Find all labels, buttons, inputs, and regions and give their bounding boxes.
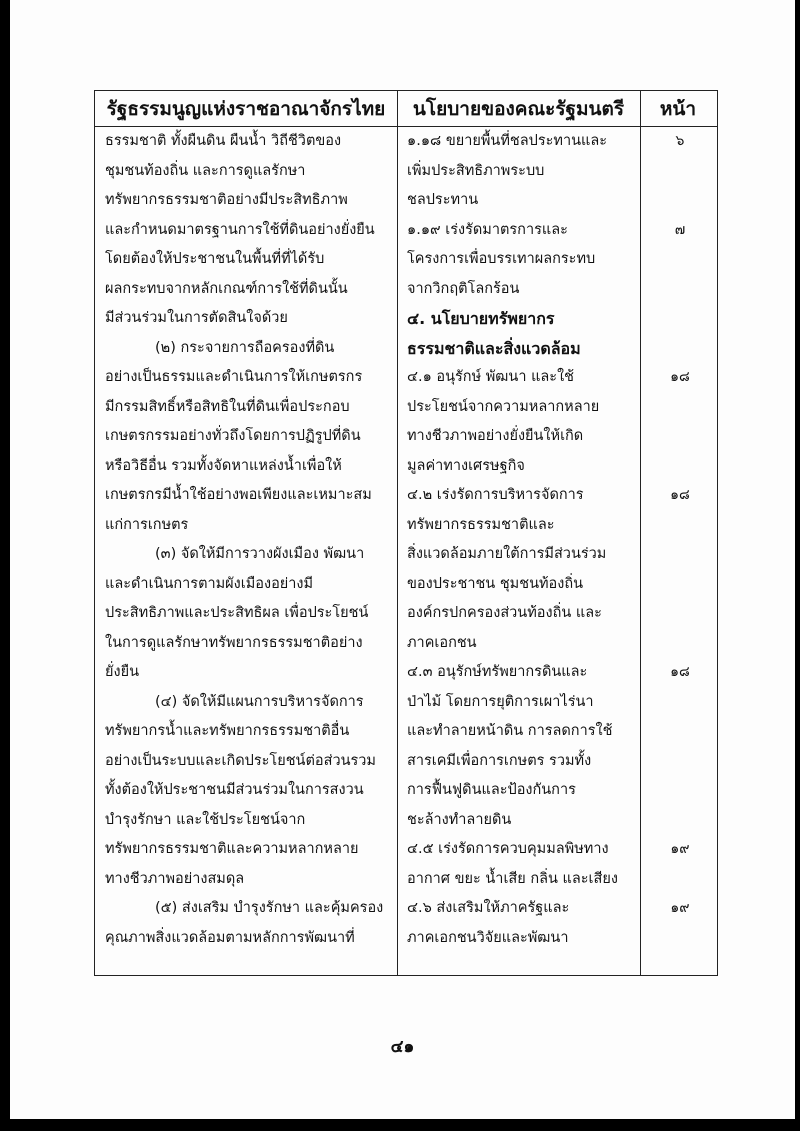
policy-line: ๑.๑๙ เร่งรัดมาตรการและ [407,216,639,246]
column-divider-2 [640,91,641,975]
policy-line: ประโยชน์จากความหลากหลาย [407,393,639,423]
constitution-line: บำรุงรักษา และใช้ประโยชน์จาก [105,806,395,836]
constitution-line: ทางชีวภาพอย่างสมดุล [105,865,395,895]
page-reference: ๑๘ [642,481,718,511]
policy-line: เพิ่มประสิทธิภาพระบบ [407,157,639,187]
constitution-line: โดยต้องให้ประชาชนในพื้นที่ที่ได้รับ [105,245,395,275]
policy-line: ๔.๓ อนุรักษ์ทรัพยากรดินและ [407,658,639,688]
policy-line: ๔.๒ เร่งรัดการบริหารจัดการ [407,481,639,511]
policy-line: ๔.๕ เร่งรัดการควบคุมมลพิษทาง [407,835,639,865]
constitution-line: ทรัพยากรน้ำและทรัพยากรธรรมชาติอื่น [105,717,395,747]
constitution-line: เกษตรกรมีน้ำใช้อย่างพอเพียงและเหมาะสม [105,481,395,511]
constitution-line: ทั้งต้องให้ประชาชนมีส่วนร่วมในการสงวน [105,776,395,806]
constitution-line: ทรัพยากรธรรมชาติอย่างมีประสิทธิภาพ [105,186,395,216]
policy-line: ทางชีวภาพอย่างยั่งยืนให้เกิด [407,422,639,452]
policy-line: องค์กรปกครองส่วนท้องถิ่น และ [407,599,639,629]
constitution-line: คุณภาพสิ่งแวดล้อมตามหลักการพัฒนาที่ [105,924,395,954]
constitution-column: ธรรมชาติ ทั้งผืนดิน ผืนน้ำ วิถีชีวิตของช… [105,127,395,975]
policy-line: การฟื้นฟูดินและป้องกันการ [407,776,639,806]
policy-line: อากาศ ขยะ น้ำเสีย กลิ่น และเสียง [407,865,639,895]
policy-line: โครงการเพื่อบรรเทาผลกระทบ [407,245,639,275]
policy-line: มูลค่าทางเศรษฐกิจ [407,452,639,482]
policy-line: สารเคมีเพื่อการเกษตร รวมทั้ง [407,747,639,777]
page-reference: ๑๘ [642,363,718,393]
header-policy: นโยบายของคณะรัฐมนตรี [397,91,640,126]
constitution-line: มีกรรมสิทธิ์หรือสิทธิในที่ดินเพื่อประกอบ [105,393,395,423]
page-column: ๖๗๑๘๑๘๑๘๑๙๑๙ [642,127,718,975]
constitution-line: (๔) จัดให้มีแผนการบริหารจัดการ [105,688,395,718]
constitution-line: ในการดูแลรักษาทรัพยากรธรรมชาติอย่าง [105,629,395,659]
constitution-line: (๒) กระจายการถือครองที่ดิน [105,334,395,364]
constitution-line: อย่างเป็นระบบและเกิดประโยชน์ต่อส่วนรวม [105,747,395,777]
header-page: หน้า [640,91,716,126]
table-header: รัฐธรรมนูญแห่งราชอาณาจักรไทย นโยบายของคณ… [95,91,717,127]
page-reference: ๑๙ [642,894,718,924]
policy-line: ของประชาชน ชุมชนท้องถิ่น [407,570,639,600]
constitution-line: และดำเนินการตามผังเมืองอย่างมี [105,570,395,600]
constitution-line: แก่การเกษตร [105,511,395,541]
constitution-line: ชุมชนท้องถิ่น และการดูแลรักษา [105,157,395,187]
constitution-line: ยั่งยืน [105,658,395,688]
policy-line: ภาคเอกชน [407,629,639,659]
policy-line: ภาคเอกชนวิจัยและพัฒนา [407,924,639,954]
page-reference: ๑๙ [642,835,718,865]
policy-line: และทำลายหน้าดิน การลดการใช้ [407,717,639,747]
policy-line: จากวิกฤติโลกร้อน [407,275,639,305]
policy-line: ชลประทาน [407,186,639,216]
document-page: รัฐธรรมนูญแห่งราชอาณาจักรไทย นโยบายของคณ… [10,0,795,1119]
page-reference: ๑๘ [642,658,718,688]
constitution-line: ธรรมชาติ ทั้งผืนดิน ผืนน้ำ วิถีชีวิตของ [105,127,395,157]
constitution-line: (๕) ส่งเสริม บำรุงรักษา และคุ้มครอง [105,894,395,924]
column-divider-1 [397,91,398,975]
policy-line: ทรัพยากรธรรมชาติและ [407,511,639,541]
policy-column: ๑.๑๘ ขยายพื้นที่ชลประทานและเพิ่มประสิทธิ… [407,127,639,975]
policy-line: ๔.๑ อนุรักษ์ พัฒนา และใช้ [407,363,639,393]
constitution-line: และกำหนดมาตรฐานการใช้ที่ดินอย่างยั่งยืน [105,216,395,246]
constitution-line: ผลกระทบจากหลักเกณฑ์การใช้ที่ดินนั้น [105,275,395,305]
constitution-line: มีส่วนร่วมในการตัดสินใจด้วย [105,304,395,334]
page-number-footer: ๔๑ [10,1033,795,1060]
policy-line: ๑.๑๘ ขยายพื้นที่ชลประทานและ [407,127,639,157]
constitution-line: ทรัพยากรธรรมชาติและความหลากหลาย [105,835,395,865]
constitution-line: (๓) จัดให้มีการวางผังเมือง พัฒนา [105,540,395,570]
policy-section-heading: ธรรมชาติและสิ่งแวดล้อม [407,334,639,364]
constitution-line: อย่างเป็นธรรมและดำเนินการให้เกษตรกร [105,363,395,393]
policy-line: ชะล้างทำลายดิน [407,806,639,836]
policy-line: ๔.๖ ส่งเสริมให้ภาครัฐและ [407,894,639,924]
constitution-line: ประสิทธิภาพและประสิทธิผล เพื่อประโยชน์ [105,599,395,629]
page-reference: ๗ [642,216,718,246]
policy-line: ป่าไม้ โดยการยุติการเผาไร่นา [407,688,639,718]
constitution-line: เกษตรกรรมอย่างทั่วถึงโดยการปฏิรูปที่ดิน [105,422,395,452]
page-reference: ๖ [642,127,718,157]
constitution-line: หรือวิธีอื่น รวมทั้งจัดหาแหล่งน้ำเพื่อให… [105,452,395,482]
policy-line: สิ่งแวดล้อมภายใต้การมีส่วนร่วม [407,540,639,570]
policy-section-heading: ๔. นโยบายทรัพยากร [407,304,639,334]
header-constitution: รัฐธรรมนูญแห่งราชอาณาจักรไทย [95,91,397,126]
comparison-table: รัฐธรรมนูญแห่งราชอาณาจักรไทย นโยบายของคณ… [94,90,718,976]
